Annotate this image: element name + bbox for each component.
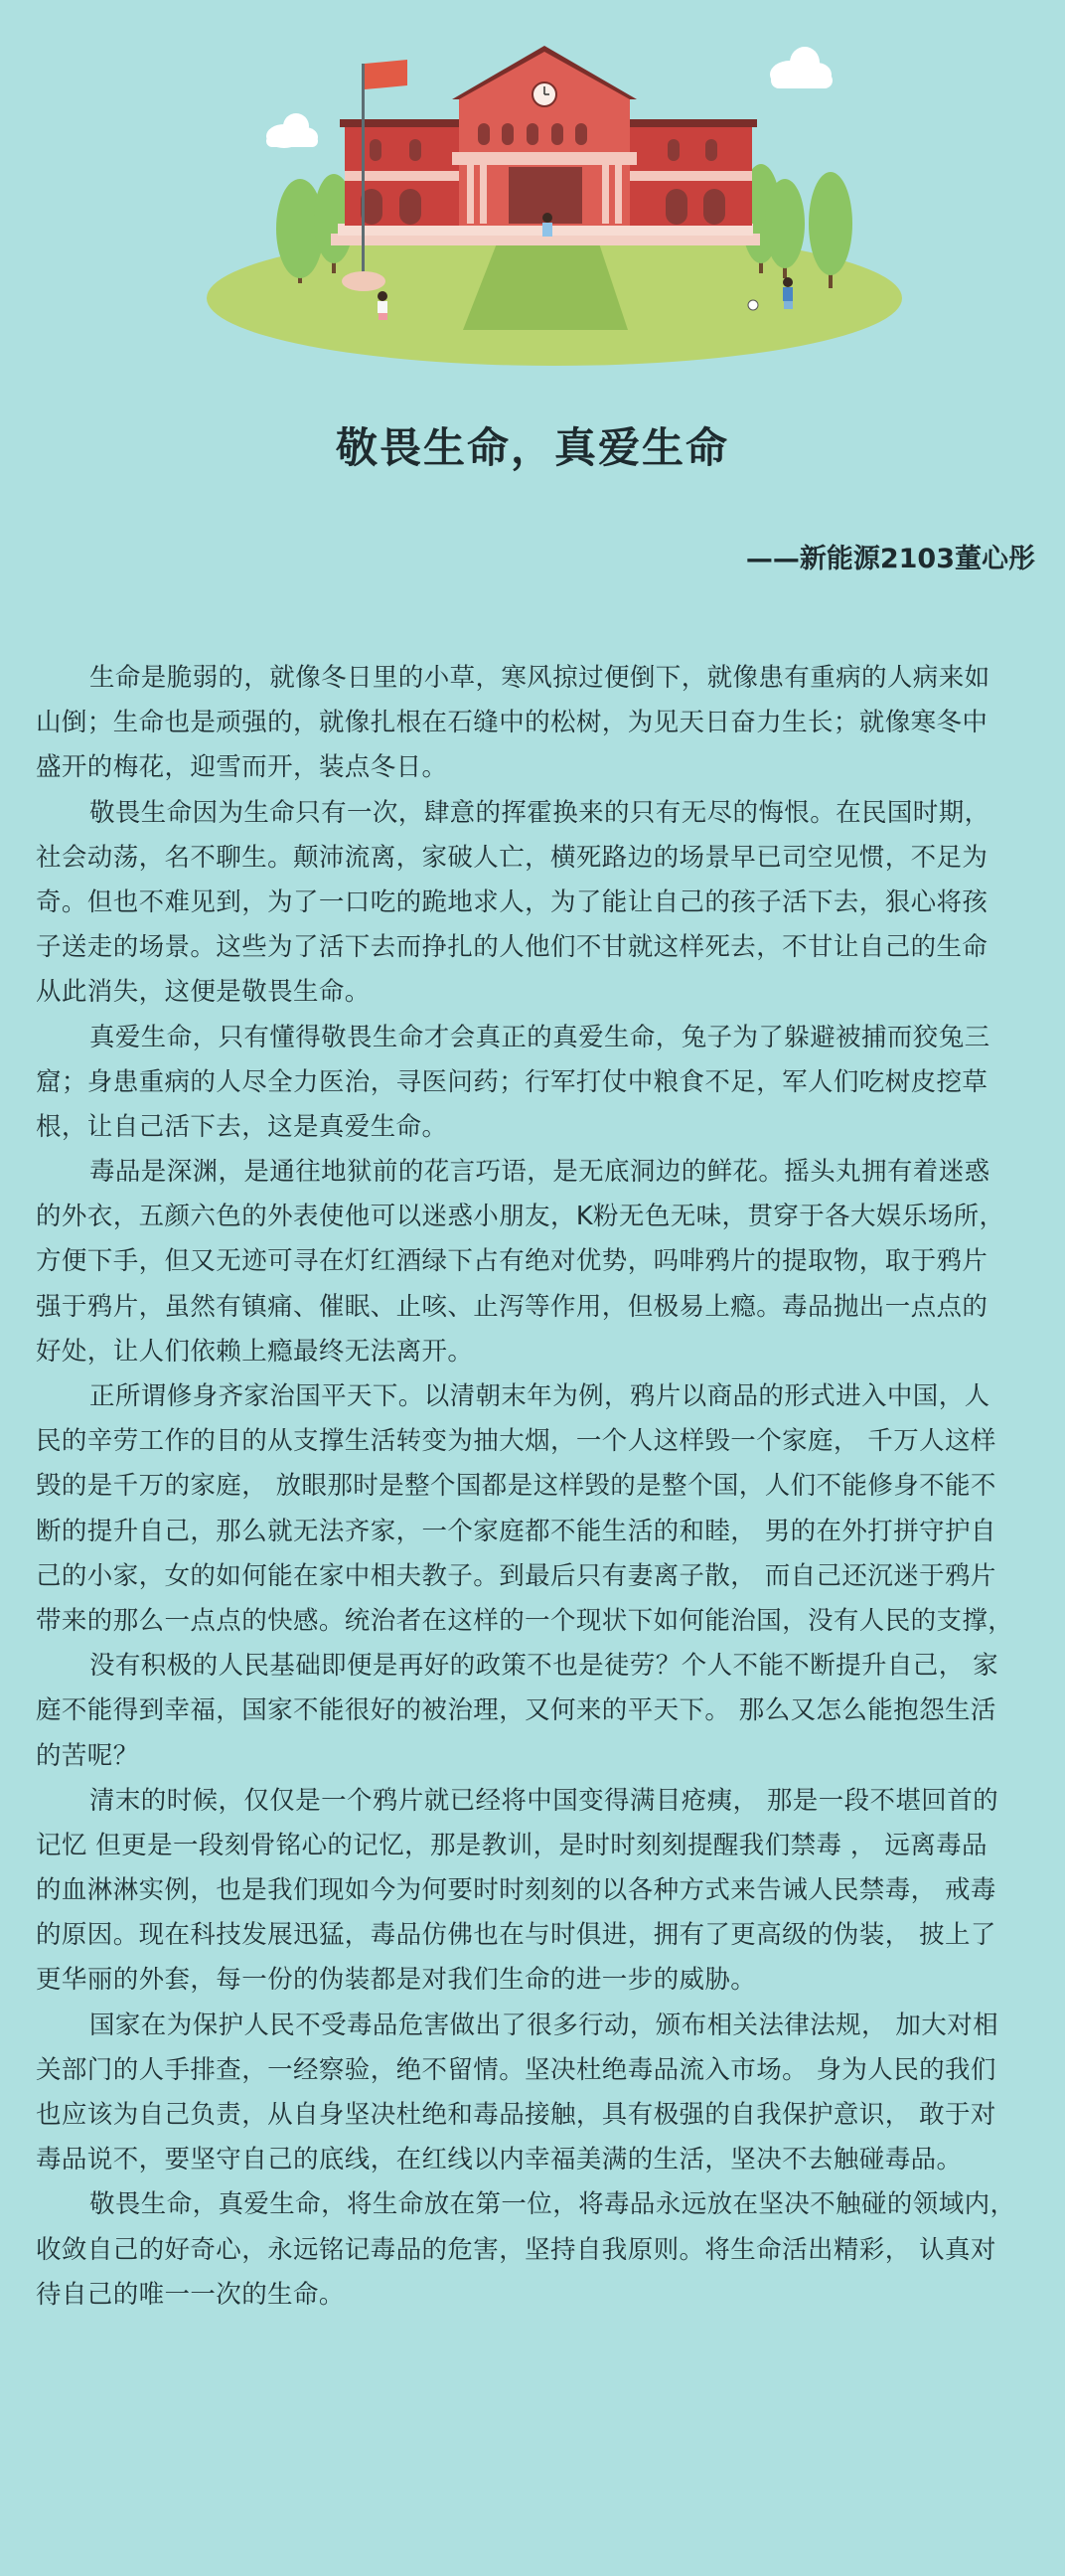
paragraph-line: 强于鸦片，虽然有镇痛、催眠、止咳、止泻等作用，但极易上瘾。毒品抛出一点点的 (36, 1285, 1039, 1330)
child-figure (542, 213, 552, 237)
paragraph-line: 敬畏生命因为生命只有一次，肆意的挥霍换来的只有无尽的悔恨。在民国时期， (36, 791, 1039, 836)
article-title: 敬畏生命，真爱生命 (0, 415, 1065, 475)
paragraph-line: 奇。但也不难见到，为了一口吃的跪地求人，为了能让自己的孩子活下去，狠心将孩 (36, 881, 1039, 925)
paragraph-line: 子送走的场景。这些为了活下去而挣扎的人他们不甘就这样死去，不甘让自己的生命 (36, 925, 1039, 970)
paragraph-line: 好处，让人们依赖上瘾最终无法离开。 (36, 1330, 1039, 1374)
paragraph-line: 己的小家，女的如何能在家中相夫教子。到最后只有妻离子散， 而自己还沉迷于鸦片 (36, 1554, 1039, 1599)
paragraph-line: 更华丽的外套，每一份的伪装都是对我们生命的进一步的威胁。 (36, 1958, 1039, 2003)
paragraph-line: 国家在为保护人民不受毒品危害做出了很多行动，颁布相关法律法规， 加大对相 (36, 2004, 1039, 2048)
child-figure (378, 291, 387, 320)
paragraph-line: 清末的时候，仅仅是一个鸦片就已经将中国变得满目疮痍， 那是一段不堪回首的 (36, 1779, 1039, 1824)
paragraph-line: 根，让自己活下去，这是真爱生命。 (36, 1105, 1039, 1150)
ball-icon (748, 300, 758, 310)
article-paragraph: 敬畏生命因为生命只有一次，肆意的挥霍换来的只有无尽的悔恨。在民国时期，社会动荡，… (36, 791, 1039, 1016)
cloud-icon (266, 113, 318, 148)
paragraph-line: 山倒；生命也是顽强的，就像扎根在石缝中的松树，为见天日奋力生长；就像寒冬中 (36, 701, 1039, 745)
cloud-icon (770, 47, 833, 88)
paragraph-line: 带来的那么一点点的快感。统治者在这样的一个现状下如何能治国，没有人民的支撑， (36, 1599, 1039, 1644)
paragraph-line: 窟；身患重病的人尽全力医治，寻医问药；行军打仗中粮食不足，军人们吃树皮挖草 (36, 1060, 1039, 1105)
paragraph-line: 民的辛劳工作的目的从支撑生活转变为抽大烟，一个人这样毁一个家庭， 千万人这样 (36, 1419, 1039, 1464)
paragraph-line: 正所谓修身齐家治国平天下。以清朝末年为例，鸦片以商品的形式进入中国，人 (36, 1374, 1039, 1419)
paragraph-line: 没有积极的人民基础即便是再好的政策不也是徒劳？个人不能不断提升自己， 家 (36, 1644, 1039, 1689)
paragraph-line: 庭不能得到幸福，国家不能很好的被治理，又何来的平天下。 那么又怎么能抱怨生活 (36, 1689, 1039, 1733)
paragraph-line: 毒品说不，要坚守自己的底线，在红线以内幸福美满的生活，坚决不去触碰毒品。 (36, 2138, 1039, 2182)
paragraph-line: 毒品是深渊，是通往地狱前的花言巧语，是无底洞边的鲜花。摇头丸拥有着迷惑 (36, 1150, 1039, 1195)
flag-pole (362, 64, 365, 272)
article-paragraph: 生命是脆弱的，就像冬日里的小草，寒风掠过便倒下，就像患有重病的人病来如山倒；生命… (36, 656, 1039, 791)
paragraph-line: 的原因。现在科技发展迅猛，毒品仿佛也在与时俱进，拥有了更高级的伪装， 披上了 (36, 1913, 1039, 1958)
paragraph-line: 待自己的唯一一次的生命。 (36, 2273, 1039, 2318)
paragraph-line: 断的提升自己，那么就无法齐家，一个家庭都不能生活的和睦， 男的在外打拼守护自 (36, 1510, 1039, 1554)
paragraph-line: 关部门的人手排查，一经察验，绝不留情。坚决杜绝毒品流入市场。 身为人民的我们 (36, 2048, 1039, 2093)
paragraph-line: 也应该为自己负责，从自身坚决杜绝和毒品接触，具有极强的自我保护意识， 敢于对 (36, 2093, 1039, 2138)
article-paragraph: 国家在为保护人民不受毒品危害做出了很多行动，颁布相关法律法规， 加大对相关部门的… (36, 2004, 1039, 2183)
article-paragraph: 敬畏生命，真爱生命，将生命放在第一位，将毒品永远放在坚决不触碰的领域内，收敛自己… (36, 2182, 1039, 2318)
article-paragraph: 没有积极的人民基础即便是再好的政策不也是徒劳？个人不能不断提升自己， 家庭不能得… (36, 1644, 1039, 1779)
paragraph-line: 生命是脆弱的，就像冬日里的小草，寒风掠过便倒下，就像患有重病的人病来如 (36, 656, 1039, 701)
paragraph-line: 社会动荡，名不聊生。颠沛流离，家破人亡，横死路边的场景早已司空见惯，不足为 (36, 836, 1039, 881)
article-body: 生命是脆弱的，就像冬日里的小草，寒风掠过便倒下，就像患有重病的人病来如山倒；生命… (36, 656, 1039, 2318)
paragraph-line: 盛开的梅花，迎雪而开，装点冬日。 (36, 745, 1039, 790)
school-illustration (0, 0, 1065, 398)
paragraph-line: 方便下手，但又无迹可寻在灯红酒绿下占有绝对优势，吗啡鸦片的提取物，取于鸦片 (36, 1239, 1039, 1284)
hero-illustration (0, 0, 1065, 398)
paragraph-line: 的外衣，五颜六色的外表使他可以迷惑小朋友，K粉无色无味，贯穿于各大娱乐场所， (36, 1195, 1039, 1239)
paragraph-line: 敬畏生命，真爱生命，将生命放在第一位，将毒品永远放在坚决不触碰的领域内， (36, 2182, 1039, 2227)
article-paragraph: 毒品是深渊，是通往地狱前的花言巧语，是无底洞边的鲜花。摇头丸拥有着迷惑的外衣，五… (36, 1150, 1039, 1374)
article-paragraph: 正所谓修身齐家治国平天下。以清朝末年为例，鸦片以商品的形式进入中国，人民的辛劳工… (36, 1374, 1039, 1644)
article-paragraph: 清末的时候，仅仅是一个鸦片就已经将中国变得满目疮痍， 那是一段不堪回首的记忆 但… (36, 1779, 1039, 2004)
article-paragraph: 真爱生命，只有懂得敬畏生命才会真正的真爱生命，兔子为了躲避被捕而狡兔三窟；身患重… (36, 1016, 1039, 1151)
paragraph-line: 真爱生命，只有懂得敬畏生命才会真正的真爱生命，兔子为了躲避被捕而狡兔三 (36, 1016, 1039, 1060)
paragraph-line: 的苦呢？ (36, 1734, 1039, 1779)
paragraph-line: 从此消失，这便是敬畏生命。 (36, 970, 1039, 1015)
paragraph-line: 记忆 但更是一段刻骨铭心的记忆，那是教训，是时时刻刻提醒我们禁毒 ， 远离毒品 (36, 1824, 1039, 1868)
paragraph-line: 毁的是千万的家庭， 放眼那时是整个国都是这样毁的是整个国，人们不能修身不能不 (36, 1464, 1039, 1509)
paragraph-line: 的血淋淋实例，也是我们现如今为何要时时刻刻的以各种方式来告诫人民禁毒， 戒毒 (36, 1868, 1039, 1913)
paragraph-line: 收敛自己的好奇心，永远铭记毒品的危害，坚持自我原则。将生命活出精彩， 认真对 (36, 2228, 1039, 2273)
flag-icon (365, 60, 407, 89)
article-author: ——新能源2103董心彤 (746, 537, 1035, 575)
